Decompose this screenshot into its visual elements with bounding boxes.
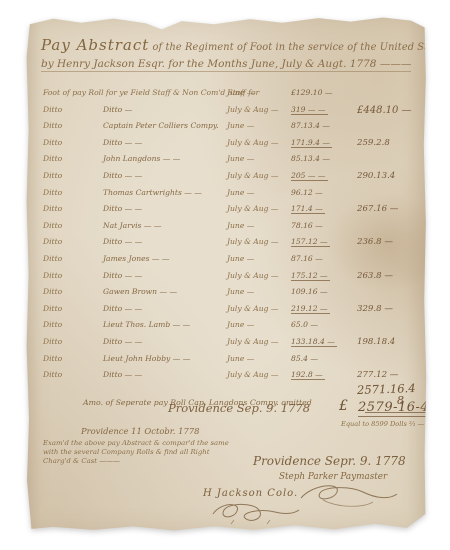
col-total: 290.13.4 (357, 171, 395, 181)
col-month: July & Aug — (227, 237, 278, 246)
col-month: July & Aug — (227, 271, 278, 280)
col-company: Ditto — — (103, 138, 142, 147)
col-amount: £129.10 — (291, 88, 332, 97)
col-amount: 87.13.4 — (291, 121, 330, 130)
col-amount: 319 — — (291, 105, 328, 115)
col-company: Ditto — — (103, 337, 142, 346)
col-month: June — (227, 354, 254, 363)
col-month: July & Aug — (227, 138, 278, 147)
col-amount: 133.18.4 — (291, 337, 337, 347)
col-amount: 171.4 — (291, 204, 325, 214)
col-month: June — (227, 254, 254, 263)
col-amount: 205 — — (291, 171, 328, 181)
col-ditto: Ditto (43, 354, 62, 363)
col-total: 277.12 — (357, 370, 398, 380)
colonel-signature-flourish-icon (207, 500, 302, 530)
col-ditto: Ditto (43, 154, 62, 163)
col-company: Ditto — — (103, 370, 142, 379)
col-total: 263.8 — (357, 271, 393, 281)
col-ditto: Ditto (43, 138, 62, 147)
col-company: John Langdons — — (103, 154, 180, 163)
col-amount: 219.12 — (291, 304, 330, 314)
table-row: Ditto Ditto — — July & Aug — 175.12 — 26… (41, 269, 421, 286)
dollar-equivalent-note: Equal to 8599 Dolls ⅔ — (341, 420, 424, 428)
table-row: Ditto Ditto — — July & Aug — 133.18.4 — … (41, 335, 421, 352)
col-month: July & Aug — (227, 304, 278, 313)
col-month: June — (227, 188, 254, 197)
col-month: June — (227, 221, 254, 230)
col-month: June — (227, 88, 254, 97)
table-row: Ditto Ditto — — July & Aug — 171.4 — 267… (41, 202, 421, 219)
col-month: July & Aug — (227, 171, 278, 180)
paymaster-signature-flourish-icon (293, 480, 403, 512)
table-row: Ditto Lieut Thos. Lamb — — June — 65.0 — (41, 318, 421, 335)
col-company: Ditto — — (103, 304, 142, 313)
col-amount: 78.16 — (291, 221, 323, 230)
table-row: Ditto John Langdons — — June — 85.13.4 — (41, 152, 421, 169)
paymaster-place-date: Providence Sepr. 9. 1778 (253, 454, 406, 468)
col-company: Ditto — — (103, 171, 142, 180)
col-ditto: Ditto (43, 337, 62, 346)
col-month: June — (227, 320, 254, 329)
table-row: Ditto Ditto — — July & Aug — 219.12 — 32… (41, 302, 421, 319)
grand-total-amount: 2579-16-4 (358, 400, 431, 417)
col-amount: 171.9.4 — (291, 138, 332, 148)
col-month: July & Aug — (227, 337, 278, 346)
col-ditto: Ditto (43, 237, 62, 246)
col-company: Ditto — — (103, 271, 142, 280)
col-ditto: Ditto (43, 287, 62, 296)
table-row: Ditto Ditto — July & Aug — 319 — — £448.… (41, 103, 421, 120)
table-row: Ditto Ditto — — July & Aug — 157.12 — 23… (41, 235, 421, 252)
col-company: Ditto — — (103, 204, 142, 213)
manuscript-paper: Pay Abstract of the Regiment of Foot in … (25, 16, 427, 532)
col-ditto: Ditto (43, 271, 62, 280)
col-amount: 157.12 — (291, 237, 330, 247)
title-words-pay-abstract: Pay Abstract (41, 36, 149, 54)
table-row: Ditto Gawen Brown — — June — 109.16 — (41, 285, 421, 302)
pound-symbol: £ (339, 398, 348, 414)
col-amount: 85.4 — (291, 354, 318, 363)
pay-table: Foot of pay Roll for ye Field Staff & No… (41, 86, 421, 385)
subtotal-amount: 2571.16.4 (357, 381, 416, 397)
col-ditto: Ditto (43, 254, 62, 263)
col-company: James Jones — — (103, 254, 170, 263)
table-row: Ditto Ditto — — July & Aug — 205 — — 290… (41, 169, 421, 186)
col-company: Nat Jarvis — — (103, 221, 161, 230)
col-total: 329.8 — (357, 304, 393, 314)
col-company: Gawen Brown — — (103, 287, 177, 296)
col-ditto: Ditto (43, 204, 62, 213)
col-ditto: Ditto (43, 320, 62, 329)
col-amount: 85.13.4 — (291, 154, 330, 163)
attestation-line2: with the several Company Rolls & find al… (43, 448, 210, 456)
col-month: June — (227, 287, 254, 296)
col-company: Thomas Cartwrights — — (103, 188, 202, 197)
document-title-line2: by Henry Jackson Esqr. for the Months Ju… (41, 58, 411, 72)
table-row: Ditto Thomas Cartwrights — — June — 96.1… (41, 186, 421, 203)
col-company: Ditto — — (103, 237, 142, 246)
col-company: Lieut John Hobby — — (103, 354, 190, 363)
table-row: Ditto Captain Peter Colliers Compy. June… (41, 119, 421, 136)
col-amount: 109.16 — (291, 287, 328, 296)
title-rest: of the Regiment of Foot in the service o… (153, 42, 450, 53)
attestation-line1: Exam'd the above pay Abstract & compar'd… (43, 439, 229, 447)
col-ditto: Ditto (43, 221, 62, 230)
table-row: Ditto Nat Jarvis — — June — 78.16 — (41, 219, 421, 236)
attestation-place-date: Providence 11 Octobr. 1778 (81, 426, 199, 436)
col-amount: 65.0 — (291, 320, 318, 329)
col-ditto: Ditto (43, 105, 62, 114)
table-row: Ditto Lieut John Hobby — — June — 85.4 — (41, 352, 421, 369)
col-total: 259.2.8 (357, 138, 390, 148)
col-total: £448.10 — (357, 105, 412, 116)
col-ditto: Ditto (43, 171, 62, 180)
col-ditto: Ditto (43, 121, 62, 130)
document-photo: Pay Abstract of the Regiment of Foot in … (25, 16, 427, 532)
col-ditto: Ditto (43, 370, 62, 379)
col-total: 267.16 — (357, 204, 398, 214)
col-company: Ditto — (103, 105, 132, 114)
col-month: July & Aug — (227, 370, 278, 379)
col-amount: 87.16 — (291, 254, 323, 263)
colonel-signature: H Jackson Colo. (203, 488, 298, 499)
col-month: July & Aug — (227, 105, 278, 114)
col-ditto: Ditto (43, 304, 62, 313)
table-row: Ditto James Jones — — June — 87.16 — (41, 252, 421, 269)
col-month: June — (227, 121, 254, 130)
table-row: Foot of pay Roll for ye Field Staff & No… (41, 86, 421, 103)
col-company: Lieut Thos. Lamb — — (103, 320, 190, 329)
col-amount: 96.12 — (291, 188, 323, 197)
col-company: Captain Peter Colliers Compy. (103, 121, 219, 130)
col-amount: 175.12 — (291, 271, 330, 281)
attestation-line3: Charg'd & Cast ——— (43, 457, 120, 465)
col-month: July & Aug — (227, 204, 278, 213)
col-total: 198.18.4 (357, 337, 395, 347)
col-ditto: Ditto (43, 188, 62, 197)
col-total: 236.8 — (357, 237, 393, 247)
place-date-center: Providence Sep. 9. 1778 (168, 401, 310, 415)
col-month: June — (227, 154, 254, 163)
document-title-line1: Pay Abstract of the Regiment of Foot in … (41, 36, 450, 54)
col-amount: 192.8 — (291, 370, 325, 380)
table-row: Ditto Ditto — — July & Aug — 171.9.4 — 2… (41, 136, 421, 153)
